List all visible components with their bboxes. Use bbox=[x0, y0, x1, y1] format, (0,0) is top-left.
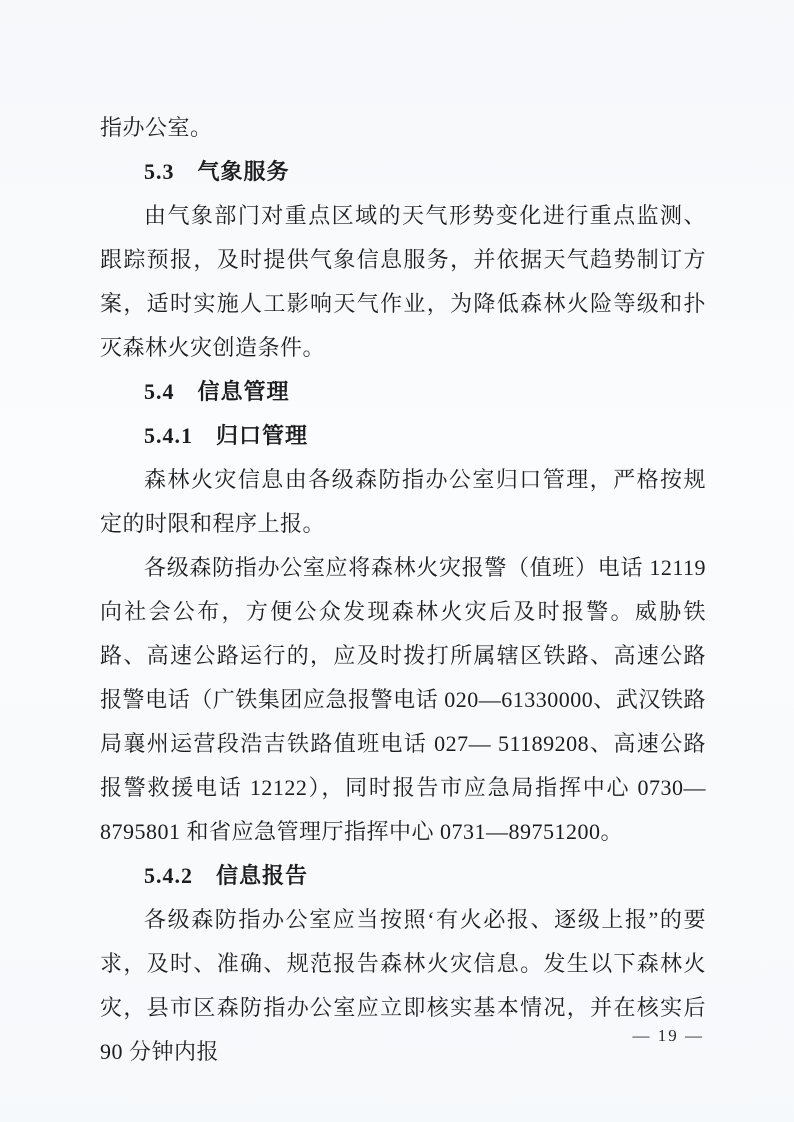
paragraph-alarm-phones: 各级森防指办公室应将森林火灾报警（值班）电话 12119 向社会公布，方便公众发… bbox=[100, 546, 706, 854]
section-heading-5-4-2: 5.4.2 信息报告 bbox=[100, 854, 706, 898]
paragraph-info-report: 各级森防指办公室应当按照‘有火必报、逐级上报”的要求，及时、准确、规范报告森林火… bbox=[100, 898, 706, 1074]
section-heading-5-4: 5.4 信息管理 bbox=[100, 370, 706, 414]
document-body: 指办公室。 5.3 气象服务 由气象部门对重点区域的天气形势变化进行重点监测、跟… bbox=[100, 106, 706, 1074]
paragraph-info-management: 森林火灾信息由各级森防指办公室归口管理，严格按规定的时限和程序上报。 bbox=[100, 458, 706, 546]
page-number: — 19 — bbox=[633, 1022, 705, 1050]
paragraph-continuation: 指办公室。 bbox=[100, 106, 706, 150]
paragraph-weather-service: 由气象部门对重点区域的天气形势变化进行重点监测、跟踪预报，及时提供气象信息服务，… bbox=[100, 194, 706, 370]
section-heading-5-3: 5.3 气象服务 bbox=[100, 150, 706, 194]
document-page: 指办公室。 5.3 气象服务 由气象部门对重点区域的天气形势变化进行重点监测、跟… bbox=[0, 0, 794, 1122]
section-heading-5-4-1: 5.4.1 归口管理 bbox=[100, 414, 706, 458]
